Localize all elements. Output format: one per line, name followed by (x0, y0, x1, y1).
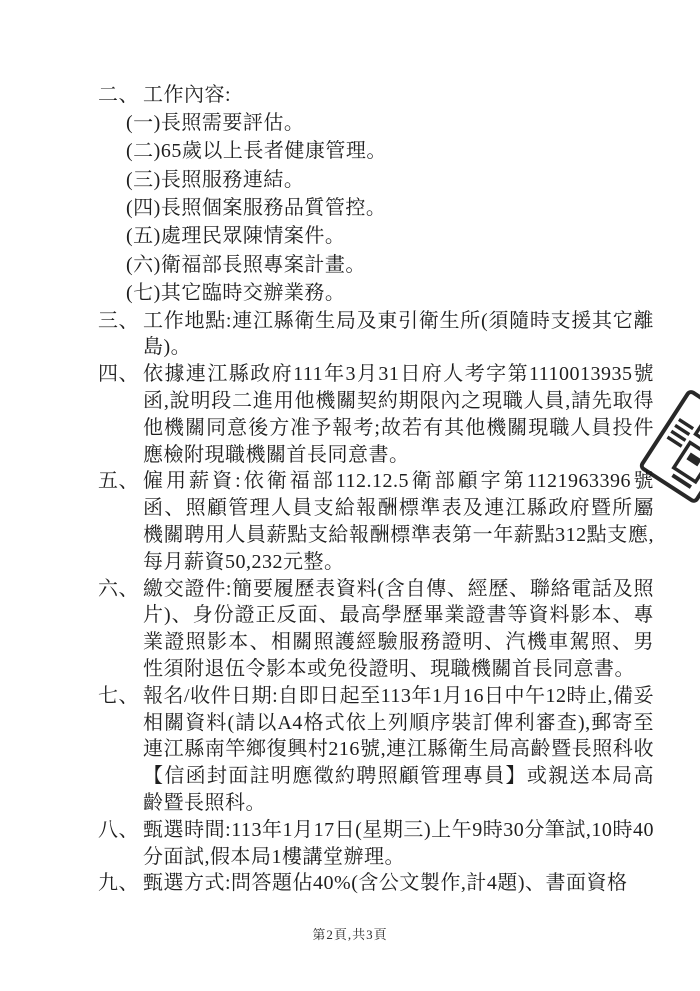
sub-item-2: (二)65歲以上長者健康管理。 (126, 137, 654, 165)
item-text: 依據連江縣政府111年3月31日府人考字第1110013935號函,說明段二進用… (143, 361, 654, 468)
sub-item-7: (七)其它臨時交辦業務。 (126, 279, 654, 307)
sub-item-5: (五)處理民眾陳情案件。 (126, 222, 654, 250)
scanned-document-page: 二、 工作內容: (一)長照需要評估。 (二)65歲以上長者健康管理。 (三)長… (0, 0, 700, 991)
item-text: 報名/收件日期:自即日起至113年1月16日中午12時止,備妥相關資料(請以A4… (143, 683, 654, 817)
item-number: 五、 (98, 468, 143, 575)
item-number: 八、 (98, 817, 143, 871)
item-number: 七、 (98, 683, 143, 817)
sub-item-4: (四)長照個案服務品質管控。 (126, 194, 654, 222)
section-item-3: 三、 工作地點:連江縣衛生局及東引衛生所(須隨時支援其它離島)。 (98, 308, 654, 362)
sub-item-3: (三)長照服務連結。 (126, 166, 654, 194)
sub-item-6: (六)衛福部長照專案計畫。 (126, 251, 654, 279)
item-text: 工作地點:連江縣衛生局及東引衛生所(須隨時支援其它離島)。 (143, 308, 654, 362)
page-footer: 第2頁,共3頁 (0, 924, 700, 943)
item-text: 繳交證件:簡要履歷表資料(含自傳、經歷、聯絡電話及照片)、身份證正反面、最高學歷… (143, 576, 654, 683)
item-text: 僱用薪資:依衛福部112.12.5衛部顧字第1121963396號函、照顧管理人… (143, 468, 654, 575)
section-item-7: 七、 報名/收件日期:自即日起至113年1月16日中午12時止,備妥相關資料(請… (98, 683, 654, 817)
item-text: 甄選方式:問答題佔40%(含公文製作,計4題)、書面資格 (143, 870, 654, 897)
section-item-6: 六、 繳交證件:簡要履歷表資料(含自傳、經歷、聯絡電話及照片)、身份證正反面、最… (98, 576, 654, 683)
section-item-8: 八、 甄選時間:113年1月17日(星期三)上午9時30分筆試,10時40分面試… (98, 817, 654, 871)
item-text: 工作內容: (143, 82, 654, 109)
sub-item-1: (一)長照需要評估。 (126, 109, 654, 137)
item-text: 甄選時間:113年1月17日(星期三)上午9時30分筆試,10時40分面試,假本… (143, 817, 654, 871)
item-number: 四、 (98, 361, 143, 468)
item-number: 二、 (98, 82, 143, 109)
item-number: 九、 (98, 870, 143, 897)
section-item-9: 九、 甄選方式:問答題佔40%(含公文製作,計4題)、書面資格 (98, 870, 654, 897)
section-item-2: 二、 工作內容: (98, 82, 654, 109)
item-number: 六、 (98, 576, 143, 683)
section-item-4: 四、 依據連江縣政府111年3月31日府人考字第1110013935號函,說明段… (98, 361, 654, 468)
item-number: 三、 (98, 308, 143, 362)
document-body: 二、 工作內容: (一)長照需要評估。 (二)65歲以上長者健康管理。 (三)長… (98, 82, 654, 897)
section-item-5: 五、 僱用薪資:依衛福部112.12.5衛部顧字第1121963396號函、照顧… (98, 468, 654, 575)
